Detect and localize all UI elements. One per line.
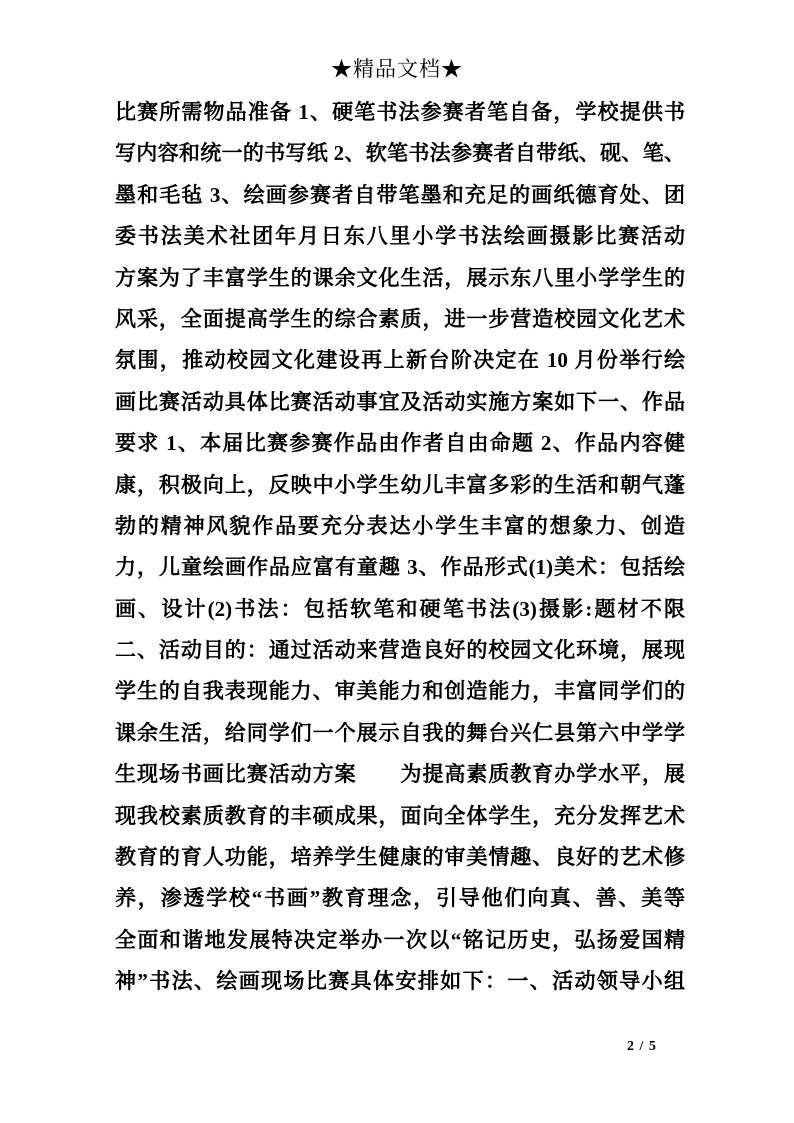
text-line: 风采，全面提高学生的综合素质，进一步营造校园文化艺术 [115, 299, 685, 340]
document-body: 比赛所需物品准备 1、硬笔书法参赛者笔自备，学校提供书 写内容和统一的书写纸 2… [115, 92, 685, 1003]
text-line: 勃的精神风貌作品要充分表达小学生丰富的想象力、创造 [115, 506, 685, 547]
text-line: 比赛所需物品准备 1、硬笔书法参赛者笔自备，学校提供书 [115, 92, 685, 133]
text-line: 要求 1、本届比赛参赛作品由作者自由命题 2、作品内容健 [115, 423, 685, 464]
text-line: 二、活动目的：通过活动来营造良好的校园文化环境，展现 [115, 630, 685, 671]
document-page: ★精品文档★ 比赛所需物品准备 1、硬笔书法参赛者笔自备，学校提供书 写内容和统… [0, 0, 794, 1123]
text-line: 画比赛活动具体比赛活动事宜及活动实施方案如下一、作品 [115, 382, 685, 423]
text-line: 墨和毛毡 3、绘画参赛者自带笔墨和充足的画纸德育处、团 [115, 175, 685, 216]
text-line: 写内容和统一的书写纸 2、软笔书法参赛者自带纸、砚、笔、 [115, 133, 685, 174]
text-line: 生现场书画比赛活动方案 为提高素质教育办学水平，展 [115, 754, 685, 795]
text-line: 教育的育人功能，培养学生健康的审美情趣、良好的艺术修 [115, 837, 685, 878]
text-line: 委书法美术社团年月日东八里小学书法绘画摄影比赛活动 [115, 216, 685, 257]
text-line: 养，渗透学校“书画”教育理念，引导他们向真、善、美等 [115, 878, 685, 919]
text-line: 画、设计(2)书法：包括软笔和硬笔书法(3)摄影:题材不限 [115, 589, 685, 630]
document-header-title: ★精品文档★ [0, 54, 794, 84]
text-line: 现我校素质教育的丰硕成果，面向全体学生，充分发挥艺术 [115, 796, 685, 837]
text-line: 神”书法、绘画现场比赛具体安排如下：一、活动领导小组 [115, 961, 685, 1002]
text-line: 学生的自我表现能力、审美能力和创造能力，丰富同学们的 [115, 671, 685, 712]
text-line: 力，儿童绘画作品应富有童趣 3、作品形式(1)美术：包括绘 [115, 547, 685, 588]
text-line: 方案为了丰富学生的课余文化生活，展示东八里小学学生的 [115, 258, 685, 299]
page-number-indicator: 2 / 5 [627, 1039, 657, 1055]
text-line: 康，积极向上，反映中小学生幼儿丰富多彩的生活和朝气蓬 [115, 465, 685, 506]
text-line: 全面和谐地发展特决定举办一次以“铭记历史，弘扬爱国精 [115, 920, 685, 961]
text-line: 课余生活，给同学们一个展示自我的舞台兴仁县第六中学学 [115, 713, 685, 754]
text-line: 氛围，推动校园文化建设再上新台阶决定在 10 月份举行绘 [115, 340, 685, 381]
